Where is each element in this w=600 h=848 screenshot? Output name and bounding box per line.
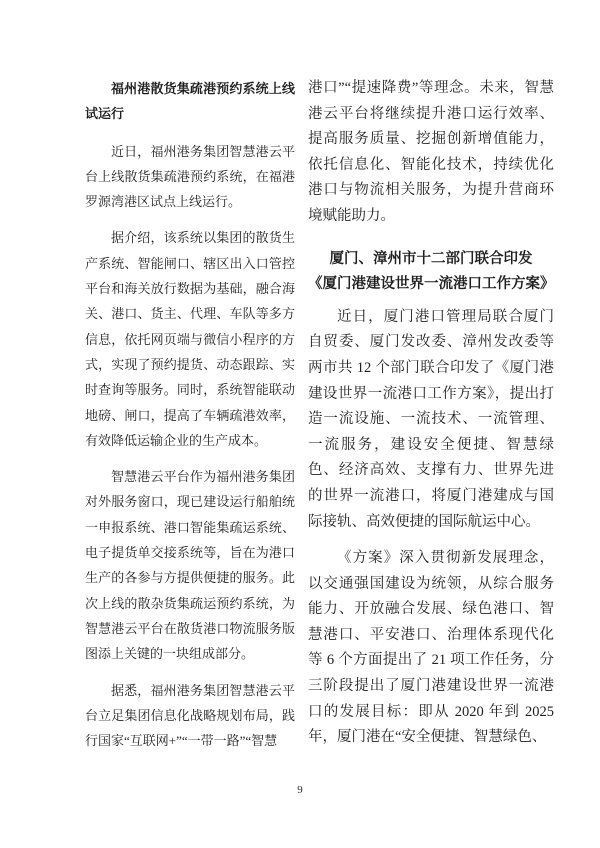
two-column-layout: 福州港散货集疏港预约系统上线试运行 近日，福州港务集团智慧港云平台上线散货集疏港… bbox=[85, 76, 554, 753]
paragraph-continuation: 港口”“提速降费”等理念。未来，智慧港云平台将继续提升港口运行效率、提高服务质量… bbox=[308, 76, 554, 230]
paragraph: 近日，厦门港口管理局联合厦门自贸委、厦门发改委、漳州发改委等两市共 12 个部门… bbox=[308, 305, 554, 535]
article-title-line-1: 厦门、漳州市十二部门联合印发 bbox=[308, 247, 554, 273]
paragraph: 智慧港云平台作为福州港务集团对外服务窗口，现已建设运行船舶统一申报系统、港口智能… bbox=[85, 464, 295, 666]
article-title-line-2: 《厦门港建设世界一流港口工作方案》 bbox=[308, 272, 554, 298]
right-column: 港口”“提速降费”等理念。未来，智慧港云平台将继续提升港口运行效率、提高服务质量… bbox=[308, 76, 554, 751]
page-number: 9 bbox=[0, 783, 600, 797]
paragraph: 据介绍，该系统以集团的散货生产系统、智能闸口、辖区出入口管控平台和海关放行数据为… bbox=[85, 225, 295, 453]
paragraph: 近日，福州港务集团智慧港云平台上线散货集疏港预约系统，在福港罗源湾港区试点上线运… bbox=[85, 139, 295, 215]
left-column: 福州港散货集疏港预约系统上线试运行 近日，福州港务集团智慧港云平台上线散货集疏港… bbox=[85, 76, 295, 753]
paragraph: 据悉，福州港务集团智慧港云平台立足集团信息化战略规划布局，践行国家“互联网+”“… bbox=[85, 678, 295, 754]
document-page: 福州港散货集疏港预约系统上线试运行 近日，福州港务集团智慧港云平台上线散货集疏港… bbox=[0, 0, 600, 848]
article-title-xiamen-port: 厦门、漳州市十二部门联合印发 《厦门港建设世界一流港口工作方案》 bbox=[308, 247, 554, 298]
paragraph: 《方案》深入贯彻新发展理念，以交通强国建设为统领，从综合服务能力、开放融合发展、… bbox=[308, 546, 554, 751]
article-title-fuzhou-port: 福州港散货集疏港预约系统上线试运行 bbox=[85, 76, 295, 127]
